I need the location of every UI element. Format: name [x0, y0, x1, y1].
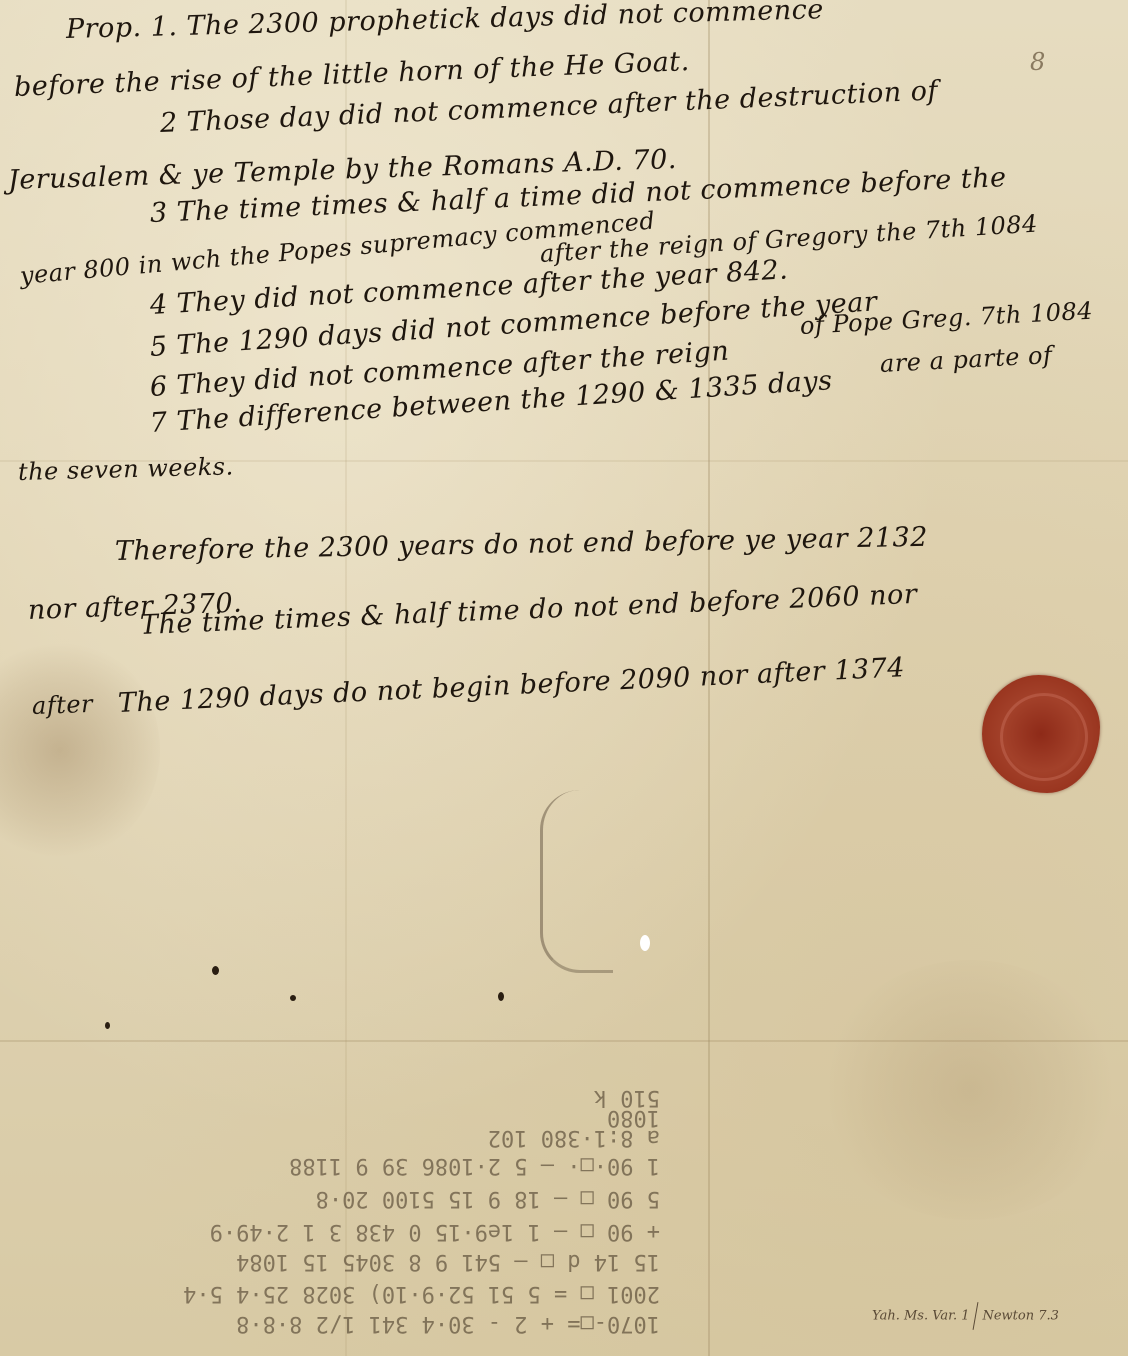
light-glare: [640, 935, 650, 951]
archive-reference-left: Yah. Ms. Var. 1: [872, 1309, 969, 1324]
ink-speck: [290, 995, 296, 1001]
ink-speck: [498, 992, 504, 1001]
archive-reference: Yah. Ms. Var. 1Newton 7.3: [872, 1302, 1059, 1330]
archive-reference-right: Newton 7.3: [982, 1309, 1058, 1324]
conclusion-3: The 1290 days do not begin before 2090 n…: [117, 652, 905, 719]
prop-6-line-2: are a parte of: [879, 341, 1053, 378]
archive-separator: [973, 1302, 979, 1330]
bleed-through-calculations: 1070-□= + 2 - 30·4 341 1/2 8·8·8 2001 □ …: [0, 1100, 660, 1356]
page-number: 8: [1030, 48, 1045, 76]
cipher-row: 15 14 d □ — 541 9 8 3045 15 1084: [236, 1249, 660, 1274]
ink-speck: [212, 966, 219, 975]
cipher-row: 1 90·□· — 5 2·1086 39 9 1188: [289, 1153, 660, 1178]
cipher-row: 2001 □ = 5 51 52·9·10) 3028 25·4 5·4: [183, 1281, 660, 1306]
conclusion-2-line-1: The time times & half time do not end be…: [139, 579, 917, 641]
faint-flourish: [540, 790, 613, 973]
cipher-row: 510 k: [594, 1085, 660, 1110]
stain-lower-right: [820, 960, 1120, 1220]
conclusion-2-line-2: after: [32, 690, 94, 720]
wax-seal-impression: [1000, 693, 1088, 781]
conclusion-1-line-1: Therefore the 2300 years do not end befo…: [115, 522, 928, 567]
prop-7-line-2: the seven weeks.: [18, 452, 234, 486]
stain-left: [0, 640, 160, 860]
cipher-row: 5 90 □ — 18 9 15 5100 20·8: [316, 1186, 660, 1211]
wax-seal: [982, 675, 1100, 793]
cipher-row: + 90 □ — 1 1e9·15 0 438 3 1 2·49·9: [210, 1219, 660, 1244]
ink-speck: [105, 1022, 110, 1029]
manuscript-page: 8 Prop. 1. The 2300 prophetick days did …: [0, 0, 1128, 1356]
prop-1-line-1: Prop. 1. The 2300 prophetick days did no…: [66, 0, 825, 45]
cipher-row: 1070-□= + 2 - 30·4 341 1/2 8·8·8: [236, 1311, 660, 1336]
